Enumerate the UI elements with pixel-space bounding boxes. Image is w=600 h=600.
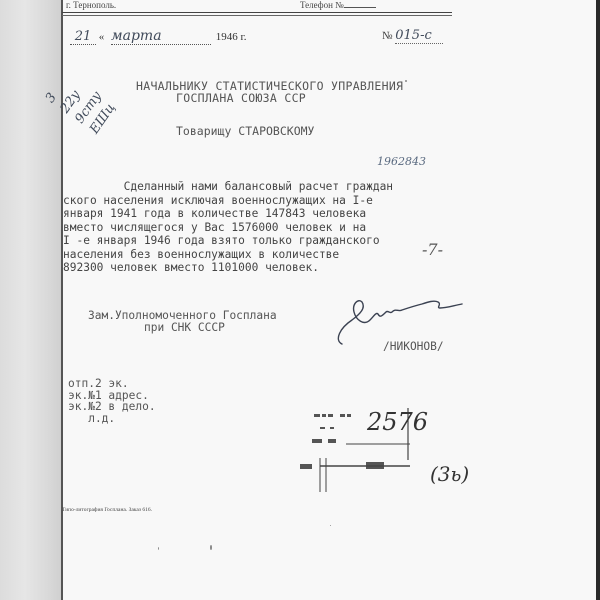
signatory-title: Зам.Уполномоченного Госплана при СНК ССС… (88, 310, 277, 334)
body-line: 892300 человек вместо 1101000 человек. (63, 261, 483, 275)
printer-imprint: Типо-литография Госплана. Заказ 616. (62, 507, 152, 513)
scan-speck (330, 525, 331, 526)
date-day: 21 (70, 29, 96, 45)
body-line: вместо числящегося у Вас 1576000 человек… (63, 221, 483, 235)
handwritten-annotation: 1962843 (377, 155, 426, 168)
distribution-line: л.д. (68, 413, 156, 425)
document-date: 21 « марта 1946 г. (70, 28, 247, 45)
body-line: Сделанный нами балансовый расчет граждан (63, 180, 483, 194)
letter-body: Сделанный нами балансовый расчет граждан… (63, 180, 483, 275)
body-line: населения без военнослужащих в количеств… (63, 248, 483, 262)
body-line: ского населения исключая военнослужащих … (63, 194, 483, 208)
registration-note: (3ь) (430, 462, 469, 486)
date-year: 1946 г. (216, 31, 247, 43)
addressee-line2: ГОСПЛАНА СОЮЗА ССР (136, 92, 403, 104)
scan-speck (405, 80, 407, 82)
signatory-name: /НИКОНОВ/ (383, 340, 444, 353)
date-month: марта (111, 28, 211, 45)
distribution-line: отп.2 эк. (68, 378, 156, 390)
registration-number: 2576 (367, 408, 428, 436)
scan-speck (158, 547, 159, 550)
phone-blank (344, 7, 376, 8)
signatory-title-line2: при СНК СССР (88, 322, 277, 334)
distribution-line: эк.№2 в дело. (68, 401, 156, 413)
body-line: января 1941 года в количестве 147843 чел… (63, 207, 483, 221)
document-number: № 015-с (382, 28, 443, 44)
addressee: НАЧАЛЬНИКУ СТАТИСТИЧЕСКОГО УПРАВЛЕНИЯ ГО… (136, 80, 403, 104)
doc-number-label: № (382, 30, 393, 42)
body-margin-mark: -7- (422, 240, 443, 259)
salutation: Товарищу СТАРОВСКОМУ (176, 124, 314, 138)
body-line: I -е января 1946 года взято только гражд… (63, 234, 483, 248)
doc-number-value: 015-с (395, 28, 443, 44)
page-edge-right (596, 0, 600, 600)
date-quote: « (99, 31, 105, 43)
letterhead-phone: Телефон № (300, 0, 376, 10)
letterhead-rule (62, 12, 452, 13)
scan-speck (210, 545, 212, 550)
letterhead-city: г. Тернополь. (66, 0, 116, 10)
phone-label: Телефон № (300, 0, 344, 10)
letterhead-rule-2 (62, 15, 452, 16)
distribution-list: отп.2 эк.эк.№1 адрес.эк.№2 в дело. л.д. (68, 378, 156, 424)
